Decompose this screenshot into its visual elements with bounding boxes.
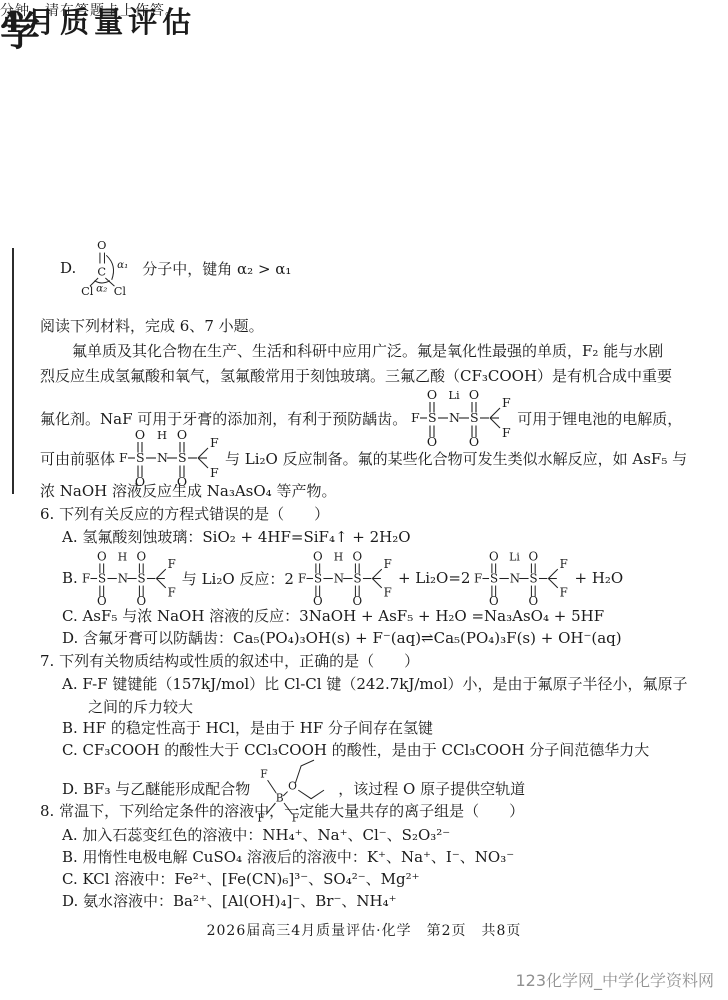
option-d-text: 分子中，键角 α₂ > α₁ xyxy=(142,258,291,279)
svg-text:S: S xyxy=(490,571,498,585)
q6-option-c: C. AsF₅ 与浓 NaOH 溶液的反应：3NaOH + AsF₅ + H₂O… xyxy=(62,605,604,627)
svg-text:F: F xyxy=(210,465,219,480)
option-d-top: D. O C Cl Cl α₁ α₂ 分子中，键角 α₂ > α₁ xyxy=(60,237,291,299)
question-8-stem: 8. 常温下，下列给定条件的溶液中，一定能大量共存的离子组是（ ） xyxy=(40,800,524,822)
svg-text:F: F xyxy=(502,395,511,410)
q7-option-d-post: ，该过程 O 原子提供空轨道 xyxy=(338,778,525,799)
svg-text:S: S xyxy=(428,410,437,425)
q6-option-b: B. F S O O N H S O O F F 与 Li₂O 反应：2 xyxy=(62,549,623,607)
phosgene-structure: O C Cl Cl α₁ α₂ xyxy=(80,238,138,298)
q8-option-c: C. KCl 溶液中：Fe²⁺、[Fe(CN)₆]³⁻、SO₄²⁻、Mg²⁺ xyxy=(62,868,420,890)
q7-option-a-line1: A. F-F 键键能（157kJ/mol）比 Cl-Cl 键（242.7kJ/m… xyxy=(62,673,688,695)
svg-text:F: F xyxy=(384,557,392,571)
q8-option-b: B. 用惰性电极电解 CuSO₄ 溶液后的溶液中：K⁺、Na⁺、I⁻、NO₃⁻ xyxy=(62,846,514,868)
svg-text:F: F xyxy=(119,450,128,465)
svg-text:S: S xyxy=(353,571,361,585)
svg-text:Li: Li xyxy=(449,389,461,402)
svg-text:F: F xyxy=(411,410,420,425)
scan-margin-line xyxy=(12,248,14,494)
svg-text:F: F xyxy=(261,767,268,780)
svg-text:O: O xyxy=(97,593,107,605)
svg-text:F: F xyxy=(384,585,392,599)
h-sulfonimide-structure: F S O O N H S O O F F xyxy=(119,429,221,487)
svg-text:Cl: Cl xyxy=(81,284,94,298)
svg-text:S: S xyxy=(136,450,145,465)
q7-option-a-line2: 之间的斥力较大 xyxy=(88,696,193,718)
svg-text:O: O xyxy=(469,389,479,402)
reading-para2-pre: 氟化剂。NaF 可用于牙膏的添加剂，有利于预防龋齿。 xyxy=(40,408,407,429)
q8-option-a: A. 加入石蕊变红色的溶液中：NH₄⁺、Na⁺、Cl⁻、S₂O₃²⁻ xyxy=(62,824,450,846)
svg-text:O: O xyxy=(288,779,297,792)
svg-text:N: N xyxy=(510,571,520,585)
svg-text:O: O xyxy=(489,593,499,605)
watermark: 123化学网_中学化学资料网 xyxy=(515,968,714,991)
svg-text:O: O xyxy=(352,551,362,564)
svg-text:O: O xyxy=(489,551,499,564)
svg-text:H: H xyxy=(157,429,167,442)
svg-text:F: F xyxy=(167,585,175,599)
svg-text:Cl: Cl xyxy=(114,284,127,298)
q7-option-d-pre: D. BF₃ 与乙醚能形成配合物 xyxy=(62,778,250,799)
svg-text:O: O xyxy=(177,429,187,442)
svg-text:F: F xyxy=(298,571,306,585)
svg-text:N: N xyxy=(449,410,460,425)
svg-text:S: S xyxy=(98,571,106,585)
svg-text:H: H xyxy=(118,551,127,564)
svg-text:O: O xyxy=(529,551,539,564)
instruction-note: 分钟。请在答题卡上作答。 xyxy=(0,0,180,20)
svg-text:O: O xyxy=(427,389,437,402)
reading-para3: 可由前驱体 F S O O N H S O O F F 与 Li₂O 反应制备。… xyxy=(40,429,687,487)
h-sulfonimide-structure: F S O O N H S O O F F xyxy=(298,551,394,606)
reading-para2-post: 可用于锂电池的电解质， xyxy=(517,408,682,429)
svg-text:O: O xyxy=(313,551,323,564)
svg-text:F: F xyxy=(210,435,219,450)
svg-text:S: S xyxy=(137,571,145,585)
reading-para3-pre: 可由前驱体 xyxy=(40,448,115,469)
page-footer: 2026届高三4月质量评估·化学 第2页 共8页 xyxy=(0,920,728,940)
svg-text:S: S xyxy=(178,450,187,465)
h-sulfonimide-structure: F S O O N H S O O F F xyxy=(82,551,178,606)
li-sulfonimide-structure: F S O O N Li S O O F F xyxy=(474,551,570,606)
reading-para1-line2: 烈反应生成氢氟酸和氧气，氢氟酸常用于刻蚀玻璃。三氟乙酸（CF₃COOH）是有机合… xyxy=(40,365,672,387)
svg-text:F: F xyxy=(474,571,482,585)
svg-text:O: O xyxy=(136,593,146,605)
svg-text:O: O xyxy=(529,593,539,605)
svg-text:C: C xyxy=(98,264,107,278)
svg-text:O: O xyxy=(313,593,323,605)
svg-text:S: S xyxy=(314,571,322,585)
svg-text:S: S xyxy=(470,410,479,425)
q6-option-b-plus1: + Li₂O=2 xyxy=(398,569,471,587)
svg-text:N: N xyxy=(157,450,168,465)
svg-text:O: O xyxy=(135,429,145,442)
svg-text:F: F xyxy=(560,585,568,599)
q8-option-d: D. 氨水溶液中：Ba²⁺、[Al(OH)₄]⁻、Br⁻、NH₄⁺ xyxy=(62,890,397,912)
svg-text:O: O xyxy=(97,238,106,252)
svg-text:N: N xyxy=(334,571,344,585)
q6-option-b-plus2: + H₂O xyxy=(574,569,623,587)
svg-text:O: O xyxy=(136,551,146,564)
reading-para4: 浓 NaOH 溶液反应生成 Na₃AsO₄ 等产物。 xyxy=(40,480,336,502)
reading-para3-post: 与 Li₂O 反应制备。氟的某些化合物可发生类似水解反应，如 AsF₅ 与 xyxy=(225,448,687,469)
svg-text:N: N xyxy=(118,571,128,585)
reading-para1-line1: 氟单质及其化合物在生产、生活和科研中应用广泛。氟是氧化性最强的单质，F₂ 能与水… xyxy=(72,340,663,362)
q6-option-d: D. 含氟牙膏可以防龋齿：Ca₅(PO₄)₃OH(s) + F⁻(aq)⇌Ca₅… xyxy=(62,627,622,649)
svg-text:α₁: α₁ xyxy=(117,259,128,271)
option-d-label: D. xyxy=(60,259,76,277)
svg-text:Li: Li xyxy=(510,551,521,564)
svg-text:S: S xyxy=(530,571,538,585)
q7-option-b: B. HF 的稳定性高于 HCl，是由于 HF 分子间存在氢键 xyxy=(62,717,433,739)
svg-text:F: F xyxy=(167,557,175,571)
svg-text:H: H xyxy=(334,551,343,564)
q6-option-a: A. 氢氟酸刻蚀玻璃：SiO₂ + 4HF=SiF₄↑ + 2H₂O xyxy=(62,526,411,548)
question-7-stem: 7. 下列有关物质结构或性质的叙述中，正确的是（ ） xyxy=(40,650,419,672)
svg-text:F: F xyxy=(560,557,568,571)
svg-text:α₂: α₂ xyxy=(96,283,107,295)
svg-text:O: O xyxy=(352,593,362,605)
reading-intro: 阅读下列材料，完成 6、7 小题。 xyxy=(40,315,264,337)
svg-text:O: O xyxy=(97,551,107,564)
question-6-stem: 6. 下列有关反应的方程式错误的是（ ） xyxy=(40,503,329,525)
q6-option-b-mid: 与 Li₂O 反应：2 xyxy=(182,568,294,589)
q6-option-b-label: B. xyxy=(62,569,78,587)
svg-text:F: F xyxy=(82,571,90,585)
